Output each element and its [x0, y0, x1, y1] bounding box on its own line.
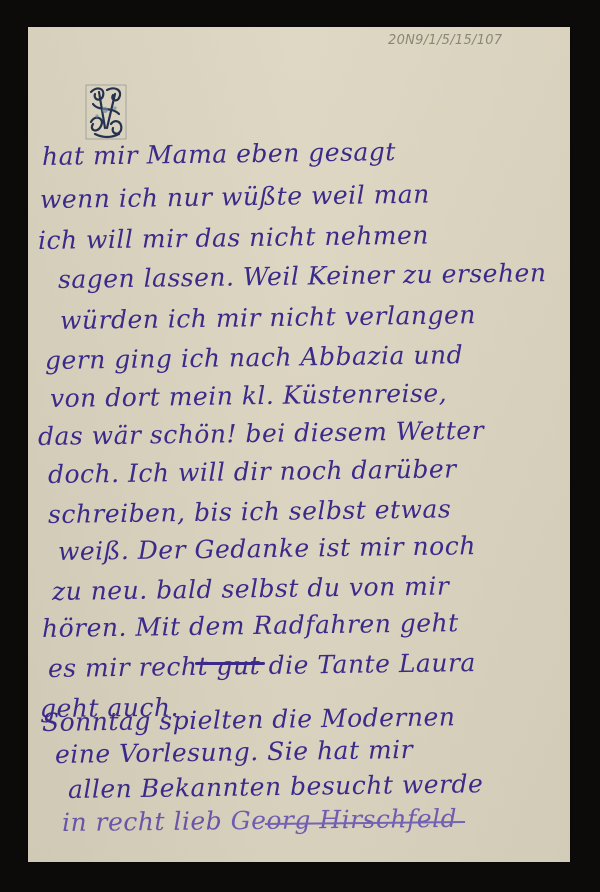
letter-line: schreiben, bis ich selbst etwas: [48, 494, 452, 529]
letter-line: eine Vorlesung. Sie hat mir: [55, 735, 414, 769]
letter-line: es mir recht gut die Tante Laura: [48, 648, 476, 683]
letter-line: Sonntag spielten die Modernen: [42, 702, 456, 737]
archive-reference: 20N9/1/5/15/107: [388, 33, 502, 48]
letter-line: hat mir Mama eben gesagt: [42, 137, 396, 171]
letter-line: wenn ich nur wüßte weil man: [40, 180, 430, 214]
document-viewer: 20N9/1/5/15/107 hat mir Mama eben gesagt…: [0, 0, 600, 892]
ornate-monogram-icon: [85, 84, 127, 140]
closing-dash: [195, 662, 265, 665]
letter-line: von dort mein kl. Küstenreise,: [50, 378, 447, 413]
letter-line: allen Bekannten besucht werde: [68, 769, 484, 804]
letter-line: zu neu. bald selbst du von mir: [52, 571, 450, 606]
letter-line: hören. Mit dem Radfahren geht: [42, 608, 459, 643]
closing-text: in recht lieb: [62, 806, 222, 837]
letter-line: ich will mir das nicht nehmen: [38, 221, 429, 255]
signature: Georg Hirschfeld: [230, 804, 457, 835]
letter-line: doch. Ich will dir noch darüber: [48, 454, 457, 489]
letter-line: weiß. Der Gedanke ist mir noch: [58, 531, 476, 566]
letter-line: gern ging ich nach Abbazia und: [45, 340, 464, 375]
closing-line: in recht lieb Georg Hirschfeld: [62, 804, 457, 837]
letter-line: würden ich mir nicht verlangen: [60, 300, 476, 335]
letter-line: das wär schön! bei diesem Wetter: [38, 416, 484, 451]
